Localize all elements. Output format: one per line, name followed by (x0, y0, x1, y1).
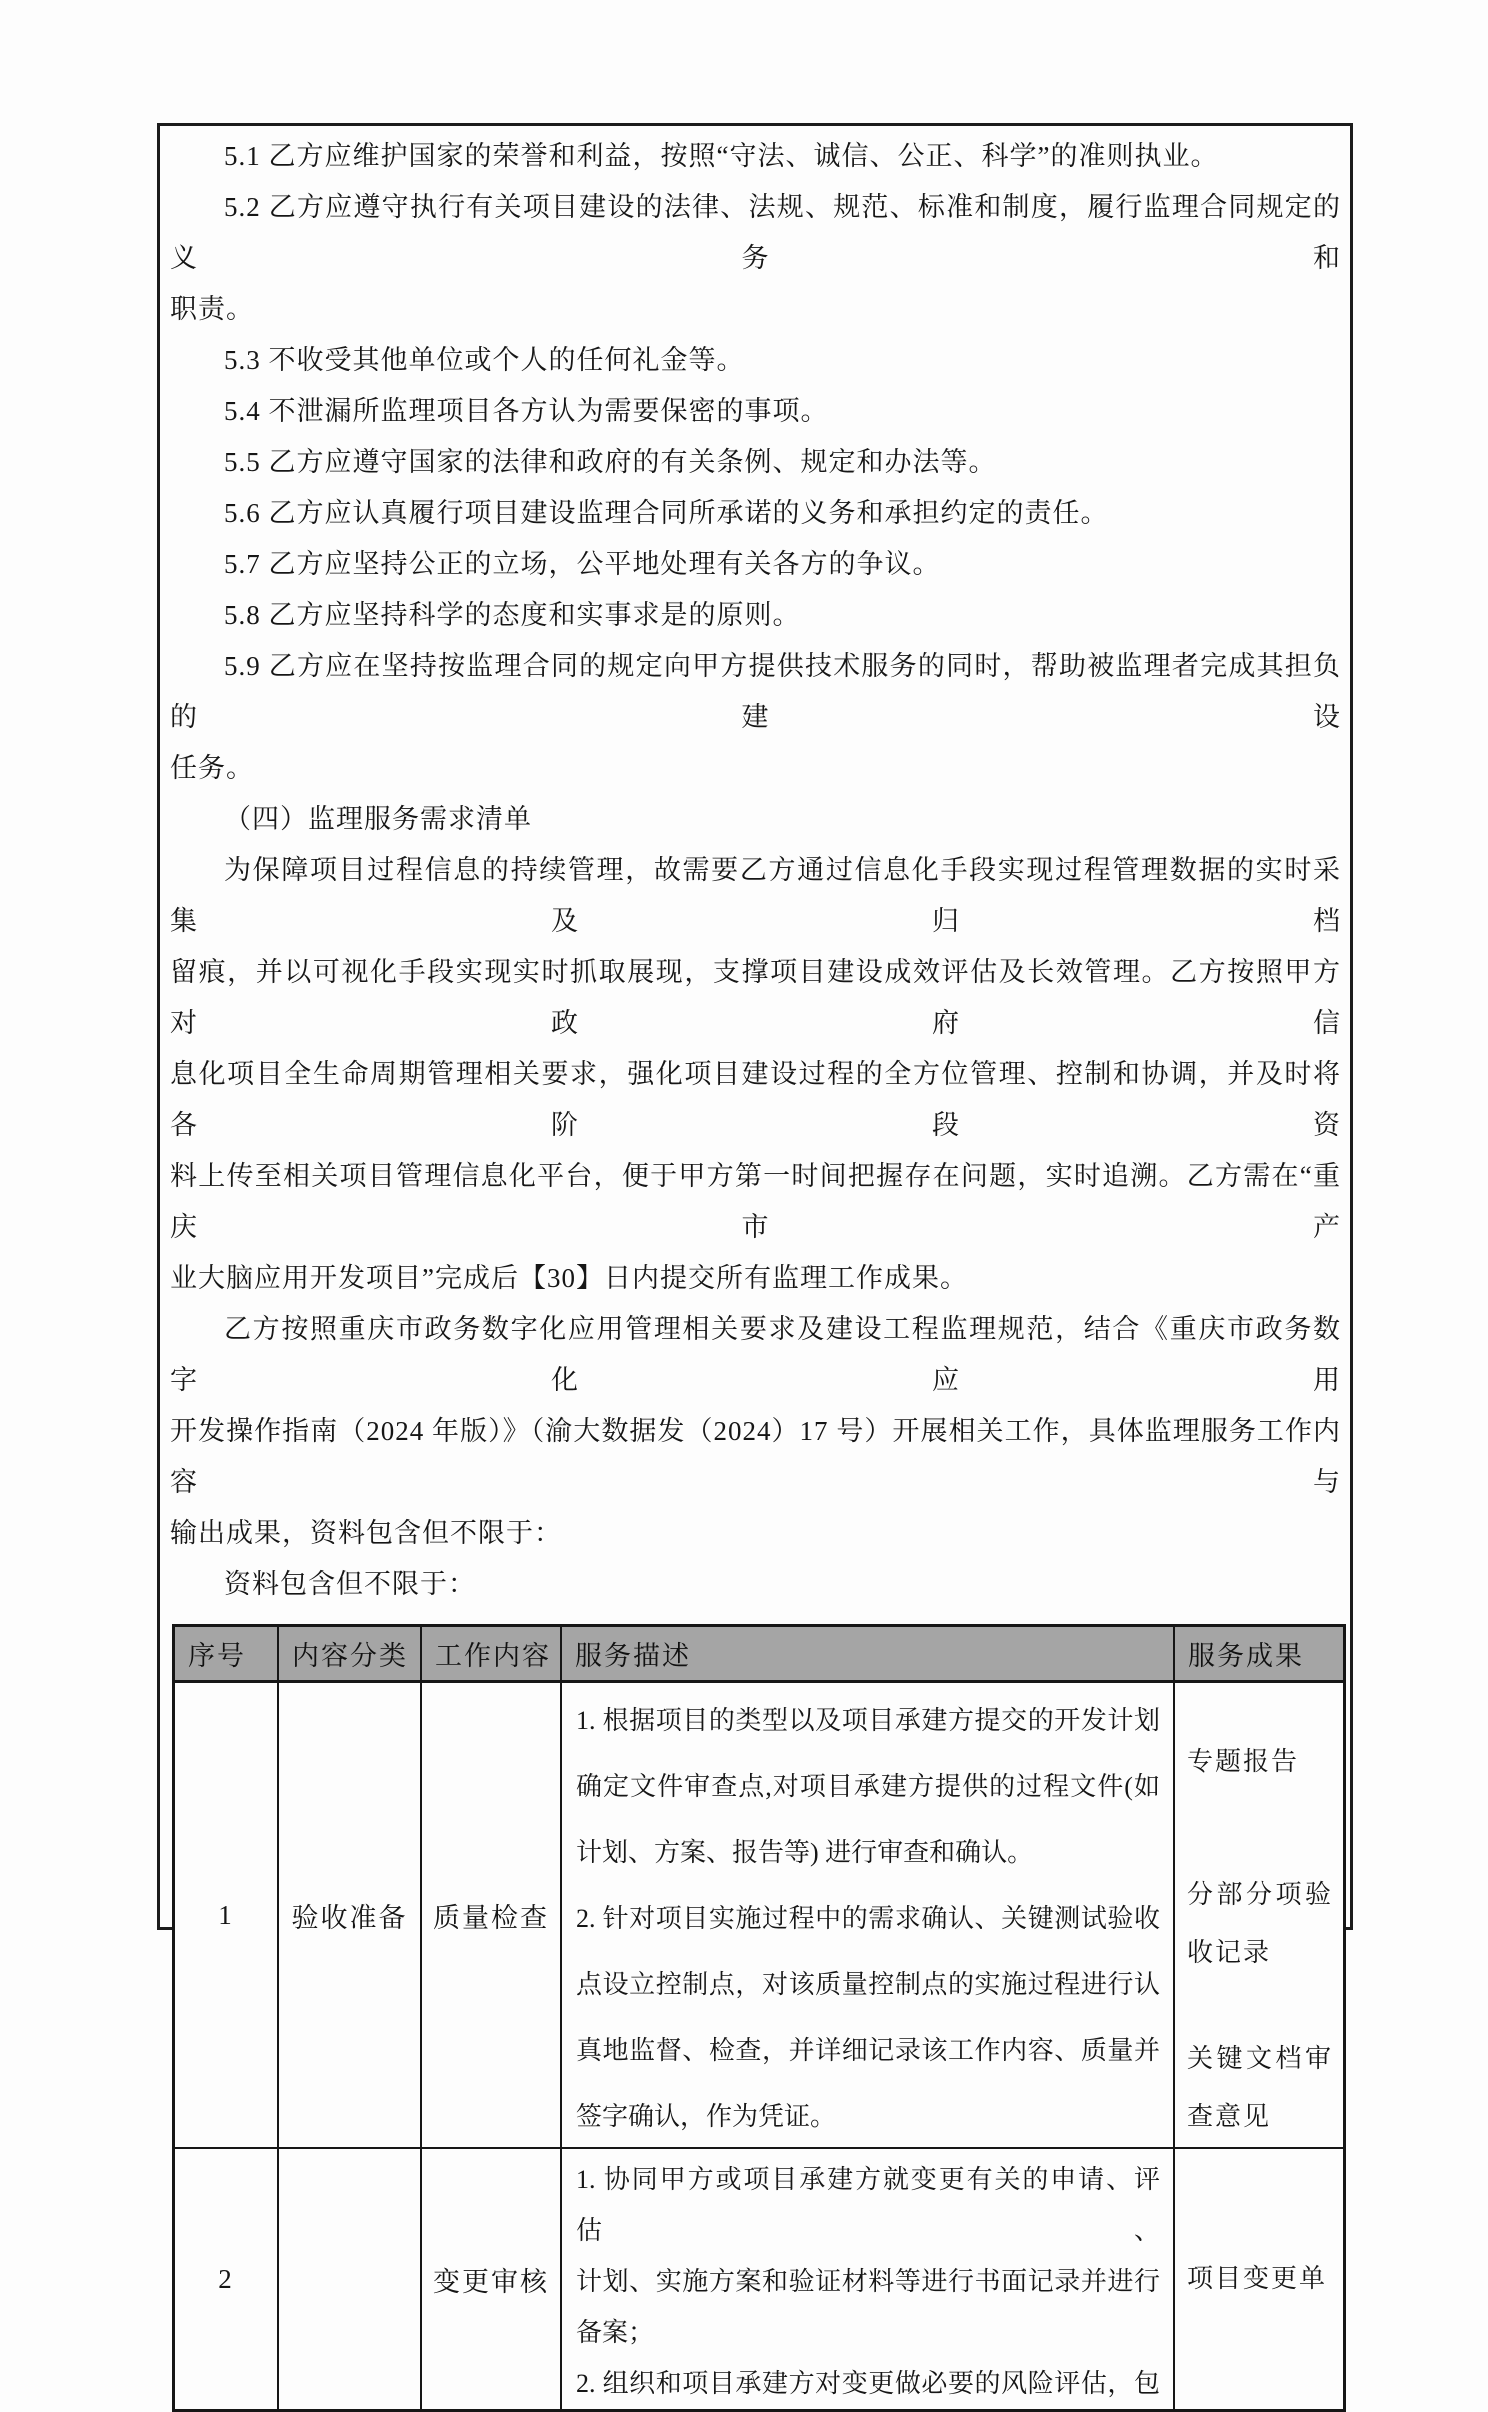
document-frame: 5.1 乙方应维护国家的荣誉和利益，按照“守法、诚信、公正、科学”的准则执业。5… (157, 123, 1353, 1930)
service-requirements-table: 序号内容分类工作内容服务描述服务成果1验收准备质量检查1. 根据项目的类型以及项… (172, 1624, 1346, 2412)
cell-no: 1 (175, 1683, 279, 2149)
paragraph-line: （四）监理服务需求清单 (170, 794, 1341, 845)
description-line: 2. 组织和项目承建方对变更做必要的风险评估，包 (576, 2358, 1160, 2409)
paragraph-line: 5.7 乙方应坚持公正的立场，公平地处理有关各方的争议。 (170, 539, 1341, 590)
outcome-item: 关键文档审查意见 (1187, 2030, 1333, 2146)
paragraph-line: 业大脑应用开发项目”完成后【30】日内提交所有监理工作成果。 (170, 1253, 1341, 1304)
paragraph-line: 资料包含但不限于： (170, 1559, 1341, 1610)
paragraph-line: 5.4 不泄漏所监理项目各方认为需要保密的事项。 (170, 386, 1341, 437)
cell-outcome: 专题报告分部分项验收记录关键文档审查意见 (1175, 1683, 1343, 2149)
header-cell-work: 工作内容 (422, 1627, 562, 1683)
description-line: 签字确认，作为凭证。 (576, 2084, 1160, 2149)
body-text: 5.1 乙方应维护国家的荣誉和利益，按照“守法、诚信、公正、科学”的准则执业。5… (160, 126, 1350, 1610)
outcome-item: 分部分项验收记录 (1187, 1866, 1333, 1982)
paragraph-line: 5.6 乙方应认真履行项目建设监理合同所承诺的义务和承担约定的责任。 (170, 488, 1341, 539)
paragraph-line: 料上传至相关项目管理信息化平台，便于甲方第一时间把握存在问题，实时追溯。乙方需在… (170, 1151, 1341, 1253)
paragraph-line: 5.8 乙方应坚持科学的态度和实事求是的原则。 (170, 590, 1341, 641)
paragraph-line: 留痕，并以可视化手段实现实时抓取展现，支撑项目建设成效评估及长效管理。乙方按照甲… (170, 947, 1341, 1049)
paragraph-line: 职责。 (170, 284, 1341, 335)
cell-outcome: 项目变更单 (1175, 2149, 1343, 2409)
description-line: 备案； (576, 2307, 1160, 2358)
cell-category: 验收准备 (279, 1683, 422, 2149)
paragraph-line: 5.1 乙方应维护国家的荣誉和利益，按照“守法、诚信、公正、科学”的准则执业。 (170, 131, 1341, 182)
description-line: 计划、实施方案和验证材料等进行书面记录并进行 (576, 2256, 1160, 2307)
cell-work: 变更审核 (422, 2149, 562, 2409)
paragraph-line: 输出成果，资料包含但不限于： (170, 1508, 1341, 1559)
description-line: 1. 根据项目的类型以及项目承建方提交的开发计划 (576, 1688, 1160, 1754)
description-line: 真地监督、检查，并详细记录该工作内容、质量并 (576, 2018, 1160, 2084)
paragraph-line: 开发操作指南（2024 年版）》（渝大数据发（2024）17 号）开展相关工作，… (170, 1406, 1341, 1508)
paragraph-line: 息化项目全生命周期管理相关要求，强化项目建设过程的全方位管理、控制和协调，并及时… (170, 1049, 1341, 1151)
paragraph-line: 5.5 乙方应遵守国家的法律和政府的有关条例、规定和办法等。 (170, 437, 1341, 488)
outcome-item: 项目变更单 (1187, 2250, 1327, 2308)
paragraph-line: 5.2 乙方应遵守执行有关项目建设的法律、法规、规范、标准和制度，履行监理合同规… (170, 182, 1341, 284)
description-line: 计划、方案、报告等) 进行审查和确认。 (576, 1820, 1160, 1886)
header-cell-category: 内容分类 (279, 1627, 422, 1683)
paragraph-line: 5.3 不收受其他单位或个人的任何礼金等。 (170, 335, 1341, 386)
header-cell-no: 序号 (175, 1627, 279, 1683)
paragraph-line: 乙方按照重庆市政务数字化应用管理相关要求及建设工程监理规范，结合《重庆市政务数字… (170, 1304, 1341, 1406)
description-line: 2. 针对项目实施过程中的需求确认、关键测试验收 (576, 1886, 1160, 1952)
description-line: 确定文件审查点,对项目承建方提供的过程文件(如 (576, 1754, 1160, 1820)
cell-work: 质量检查 (422, 1683, 562, 2149)
paragraph-line: 任务。 (170, 743, 1341, 794)
cell-description: 1. 协同甲方或项目承建方就变更有关的申请、评估、计划、实施方案和验证材料等进行… (562, 2149, 1175, 2409)
outcome-item: 专题报告 (1187, 1733, 1333, 1791)
cell-no: 2 (175, 2149, 279, 2409)
cell-description: 1. 根据项目的类型以及项目承建方提交的开发计划确定文件审查点,对项目承建方提供… (562, 1683, 1175, 2149)
paragraph-line: 为保障项目过程信息的持续管理，故需要乙方通过信息化手段实现过程管理数据的实时采集… (170, 845, 1341, 947)
scanned-document-page: { "document": { "paragraphs": [ {"indent… (0, 0, 1488, 2104)
description-line: 点设立控制点，对该质量控制点的实施过程进行认 (576, 1952, 1160, 2018)
header-cell-description: 服务描述 (562, 1627, 1175, 1683)
header-cell-outcome: 服务成果 (1175, 1627, 1343, 1683)
paragraph-line: 5.9 乙方应在坚持按监理合同的规定向甲方提供技术服务的同时，帮助被监理者完成其… (170, 641, 1341, 743)
cell-category (279, 2149, 422, 2409)
description-line: 1. 协同甲方或项目承建方就变更有关的申请、评估、 (576, 2154, 1160, 2256)
